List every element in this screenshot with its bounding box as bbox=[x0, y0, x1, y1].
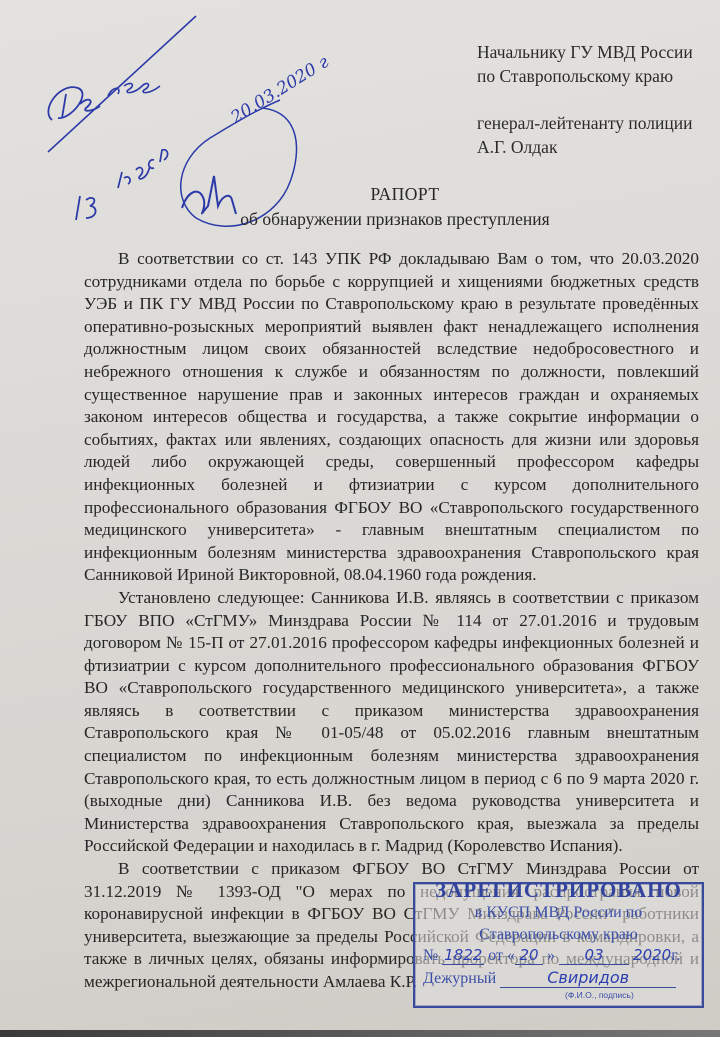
stamp-registration-row: № 1822 от «20 » 03 2020г. bbox=[423, 946, 680, 965]
stamp-day-close: » bbox=[547, 947, 555, 964]
resolution-date: 20.03.2020 г bbox=[227, 52, 332, 128]
addressee-block: Начальнику ГУ МВД России по Ставропольск… bbox=[477, 40, 717, 159]
stamp-line-2: Ставропольскому краю bbox=[415, 924, 702, 946]
document-title: РАПОРТ bbox=[0, 184, 720, 205]
stamp-number-label: № bbox=[423, 947, 438, 964]
addressee-line-4: А.Г. Олдак bbox=[477, 135, 717, 159]
stamp-header: ЗАРЕГИСТРИРОВАНО bbox=[415, 878, 702, 902]
stamp-caption: (Ф.И.О., подпись) bbox=[565, 990, 634, 1000]
stamp-year-suffix: г. bbox=[671, 947, 680, 964]
document-subtitle: об обнаружении признаков преступления bbox=[0, 209, 720, 230]
stamp-month-value: 03 bbox=[559, 946, 629, 965]
paragraph-2: Установлено следующее: Санникова И.В. яв… bbox=[84, 587, 699, 858]
photo-edge bbox=[0, 1030, 720, 1037]
stamp-line-1: в КУСП МВД России по bbox=[415, 902, 702, 924]
stamp-day-value: 20 bbox=[515, 946, 543, 965]
addressee-line-2: по Ставропольскому краю bbox=[477, 64, 717, 88]
registration-stamp: ЗАРЕГИСТРИРОВАНО в КУСП МВД России по Ст… bbox=[413, 882, 704, 1008]
addressee-line-1: Начальнику ГУ МВД России bbox=[477, 40, 717, 64]
paragraph-1: В соответствии со ст. 143 УПК РФ доклады… bbox=[84, 248, 699, 587]
stamp-number-value: 1822 bbox=[442, 946, 484, 965]
stamp-duty-label: Дежурный bbox=[423, 970, 496, 987]
stamp-duty-signature: Свиридов bbox=[500, 968, 676, 988]
addressee-line-3: генерал-лейтенанту полиции bbox=[477, 111, 717, 135]
stamp-duty-row: Дежурный Свиридов bbox=[423, 968, 676, 988]
stamp-from-label: от « bbox=[488, 947, 515, 964]
stamp-year-value: 2020 bbox=[633, 946, 671, 964]
